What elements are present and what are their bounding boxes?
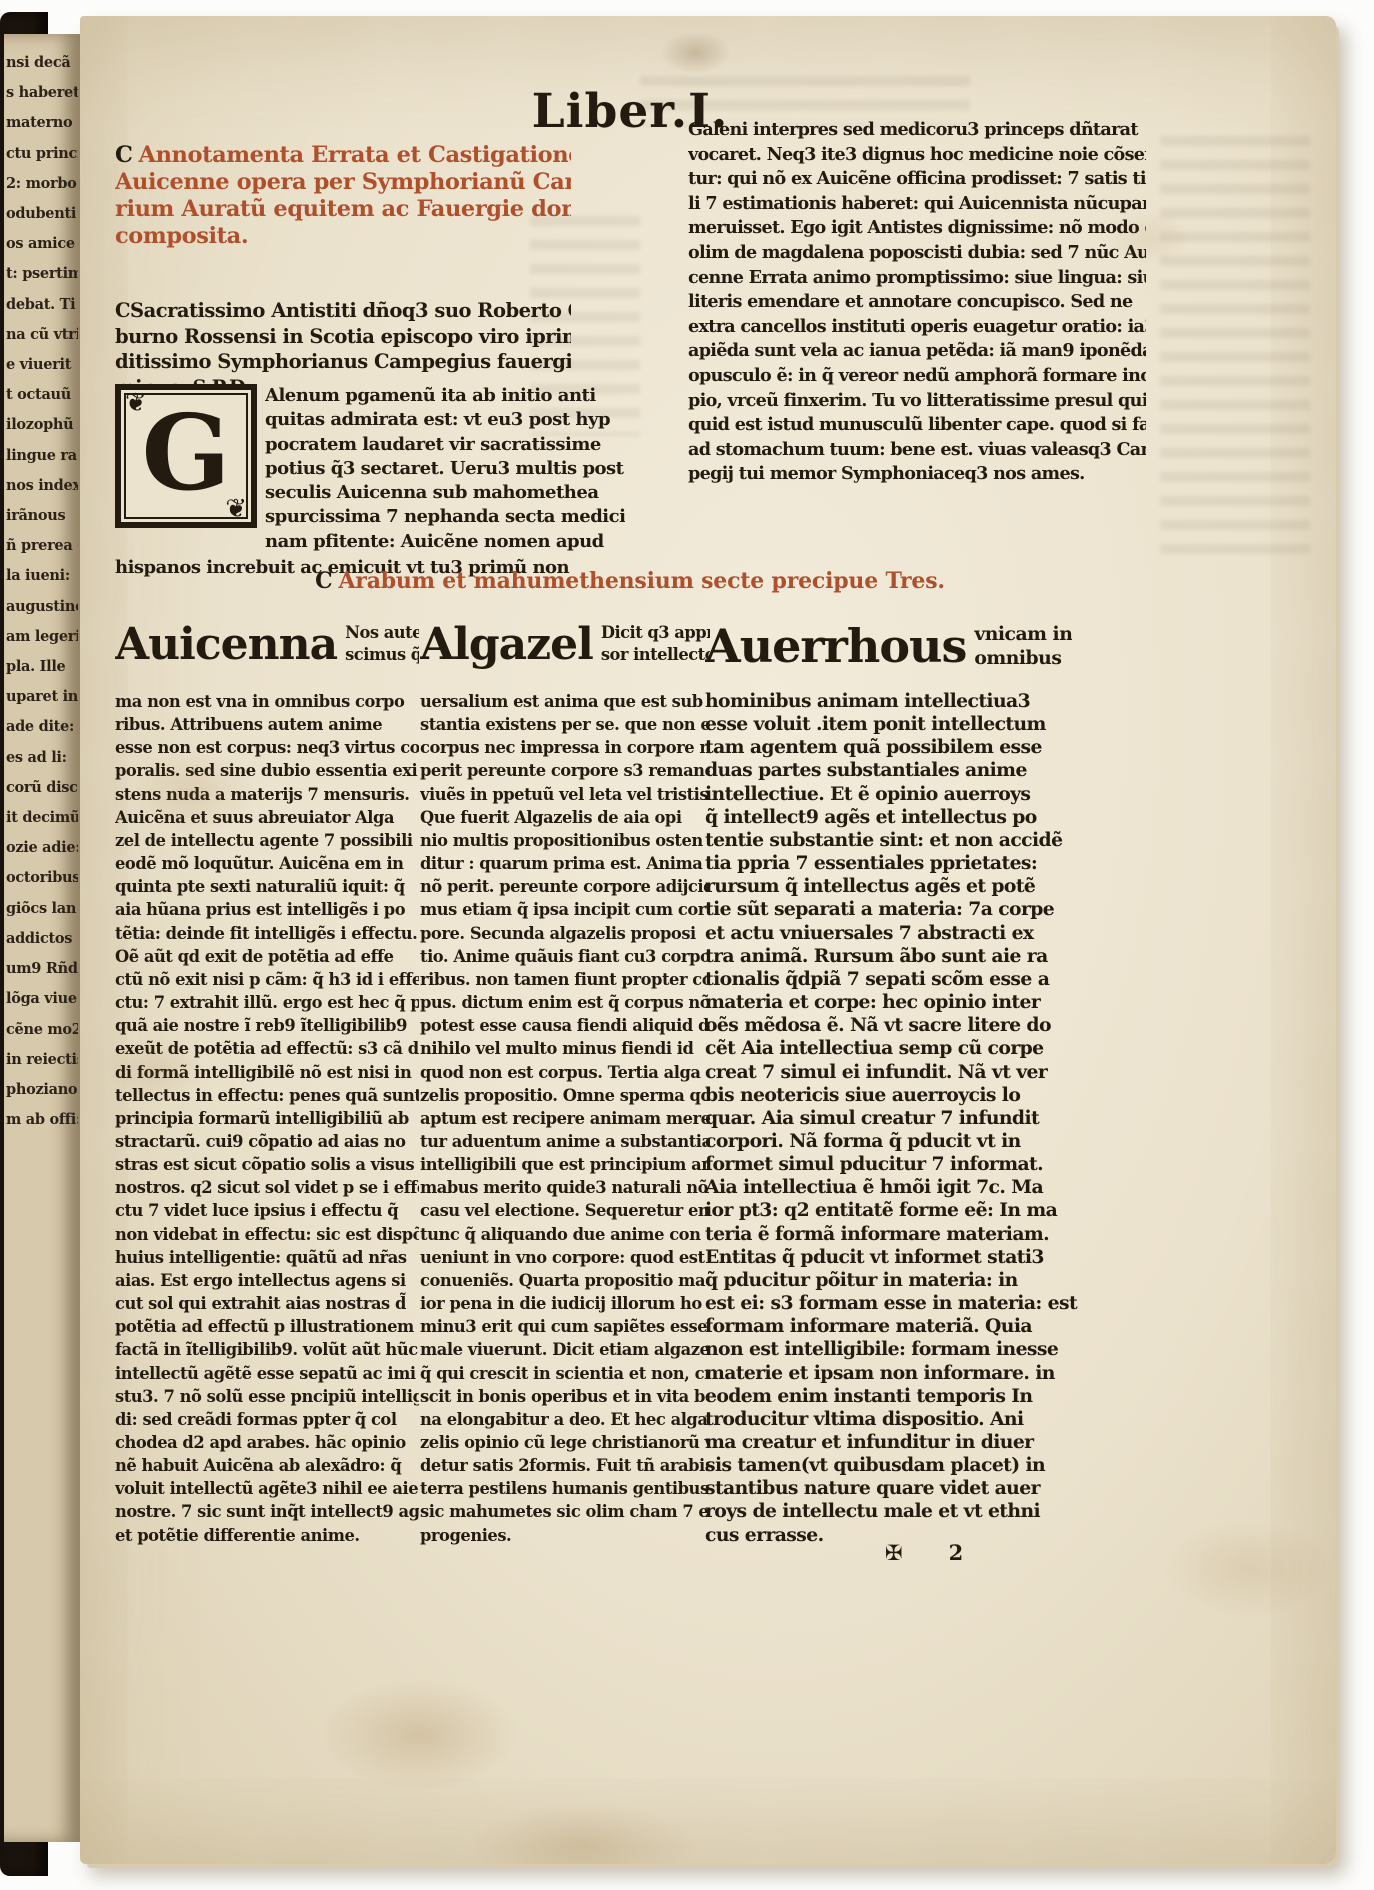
text-line: ad stomachum tuum: bene est. viuas valea…	[688, 438, 1146, 463]
text-line: ditissimo Symphorianus Campegius fauergi…	[115, 349, 571, 375]
galen-paragraph-row: G ❦ ❦ Alenum pgamenũ ita ab initio antiq…	[115, 384, 571, 554]
text-line: zelis propositio. Omne sperma qd	[420, 1084, 710, 1107]
column-avicenna-heading: Auicenna Nos autemscimus q̃ ani	[115, 618, 419, 684]
text-line: formet simul pducitur 7 informat.	[705, 1153, 1147, 1176]
text-line: Alenum pgamenũ ita ab initio anti	[265, 384, 625, 408]
text-line: q̃ intellect9 agẽs et intellectus po	[705, 806, 1147, 829]
text-line: tra animã. Rursum ãbo sunt aie ra	[705, 945, 1147, 968]
text-line: spurcissima 7 nephanda secta medici	[265, 505, 625, 529]
text-line: q̃ qui crescit in scientia et non, cre	[420, 1362, 710, 1385]
text-line: detur satis 2formis. Fuit tñ arabia	[420, 1454, 710, 1477]
text-line: corpori. Nã forma q̃ pducit vt in	[705, 1130, 1147, 1153]
column-heading-word: Auicenna	[115, 618, 337, 672]
rubric-heading-text: Annotamenta Errata et Castigationes in	[139, 142, 571, 168]
text-line: corũ disci	[6, 773, 78, 803]
text-line: lingue ra:	[6, 441, 78, 471]
text-line: tunc q̃ aliquando due anime con	[420, 1223, 710, 1246]
text-line: lõga viue	[6, 984, 78, 1014]
text-line: materie et ipsam non informare. in	[705, 1362, 1147, 1385]
text-line: seculis Auicenna sub mahomethea	[265, 481, 625, 505]
text-line: potẽtia ad effectũ p illustrationem	[115, 1315, 419, 1338]
text-line: quitas admirata est: vt eu3 post hyp	[265, 408, 625, 432]
text-line: CSacratissimo Antistiti dñoq3 suo Robert…	[115, 298, 571, 324]
text-line: quã aie nostre ĩ reb9 ĩtelligibilib9	[115, 1014, 419, 1037]
text-line: octoribus	[6, 863, 78, 893]
text-line: stu3. 7 nõ solũ esse pncipiũ intellige	[115, 1385, 419, 1408]
text-line: la iueni:	[6, 561, 78, 591]
text-line: teria ẽ formã informare materiam.	[705, 1223, 1147, 1246]
text-line: ribus. Attribuens autem anime	[115, 713, 419, 736]
text-line: tia ppria 7 essentiales pprietates:	[705, 852, 1147, 875]
book-page: Liber.I. CAnnotamenta Errata et Castigat…	[80, 16, 1336, 1864]
text-line: pio, vrceũ finxerim. Tu vo litteratissim…	[688, 389, 1146, 414]
text-line: zelis opinio cũ lege christianorũ vi	[420, 1431, 710, 1454]
text-line: aptum est recipere animam mere	[420, 1107, 710, 1130]
column-averroes-body: hominibus animam intellectiua3esse volui…	[705, 690, 1147, 1547]
text-line: male viuerunt. Dicit etiam algazel	[420, 1338, 710, 1361]
text-line: ior pena in die iudicij illorum ho	[420, 1292, 710, 1315]
text-line: ma creatur et infunditur in diuer	[705, 1431, 1147, 1454]
text-line: composita.	[115, 223, 571, 250]
text-line: huius intelligentie: quãtũ ad nr̃as	[115, 1246, 419, 1269]
text-line: tionalis q̃dpiã 7 sepati scõm esse a	[705, 968, 1147, 991]
text-line: am legerit	[6, 622, 78, 652]
text-line: irãnous	[6, 501, 78, 531]
column-heading-word: Algazel	[420, 618, 593, 672]
text-line: vocaret. Neq3 ite3 dignus hoc medicine n…	[688, 143, 1146, 168]
text-line: non est intelligibile: formam inesse	[705, 1338, 1147, 1361]
text-line: intelligibili que est principium ani	[420, 1153, 710, 1176]
initial-ornament-icon: ❦	[125, 388, 147, 418]
text-line: augustino	[6, 592, 78, 622]
text-line: hominibus animam intellectiua3	[705, 690, 1147, 713]
text-line: roys de intellectu male et vt ethni	[705, 1500, 1147, 1523]
text-line: nõ perit. pereunte corpore adijcie	[420, 875, 710, 898]
text-line: scit in bonis operibus et in vita bo	[420, 1385, 710, 1408]
text-line: nos index	[6, 471, 78, 501]
text-line: ctu 7 videt luce ipsius i effectu q̃	[115, 1199, 419, 1222]
section-heading-text: Arabum et mahumethensium secte precipue …	[338, 568, 944, 594]
text-line: pore. Secunda algazelis proposi	[420, 922, 710, 945]
signature-number: 2	[949, 1540, 964, 1565]
text-line: oẽs mẽdosa ẽ. Nã vt sacre litere do	[705, 1014, 1147, 1037]
text-line: Auicẽna et suus abreuiator Alga	[115, 806, 419, 829]
text-line: sor intellectorũ vni	[601, 644, 710, 666]
text-line: terra pestilens humanis gentibus:	[420, 1477, 710, 1500]
pilcrow-mark: C	[115, 142, 139, 168]
text-line: cẽne mo2:	[6, 1015, 78, 1045]
text-line: esse voluit .item ponit intellectum	[705, 713, 1147, 736]
column-algazel-body: uersalium est anima que est substantia e…	[420, 690, 710, 1547]
text-line: ade dite:	[6, 712, 78, 742]
text-line: zel de intellectu agente 7 possibili	[115, 829, 419, 852]
text-line: viuẽs in ppetuũ vel leta vel tristis.	[420, 783, 710, 806]
text-line: li 7 estimationis haberet: qui Auicennis…	[688, 192, 1146, 217]
text-line: factã in ĩtelligibilib9. volũt aũt hũc	[115, 1338, 419, 1361]
facing-page-text-fragments: nsi decãs haberetmaternoctu princi2: mor…	[6, 48, 78, 1135]
text-line: phoziano	[6, 1075, 78, 1105]
text-line: ueniunt in vno corpore: quod est in	[420, 1246, 710, 1269]
text-line: quid est istud munusculũ libenter cape. …	[688, 413, 1146, 438]
text-line: ctu: 7 extrahit illũ. ergo est hec q̃ p	[115, 991, 419, 1014]
text-line: esse non est corpus: neq3 virtus cor	[115, 736, 419, 759]
text-line: stens nuda a materijs 7 mensuris.	[115, 783, 419, 806]
text-line: um9 Rñdo	[6, 954, 78, 984]
text-line: troducitur vltima dispositio. Ani	[705, 1408, 1147, 1431]
text-line: sic mahumetes sic olim cham 7 ei9	[420, 1500, 710, 1523]
text-line: perit pereunte corpore s3 remanet	[420, 759, 710, 782]
text-line: cut sol qui extrahit aias nostras d̃	[115, 1292, 419, 1315]
text-line: m ab offi:	[6, 1105, 78, 1135]
text-line: os amice	[6, 229, 78, 259]
text-line: pla. Ille	[6, 652, 78, 682]
text-line: stras est sicut cõpatio solis a visus	[115, 1153, 419, 1176]
text-line: ior pt3: q2 entitatẽ forme eẽ: In ma	[705, 1199, 1147, 1222]
text-line: t octauũ	[6, 380, 78, 410]
text-line: addictos	[6, 924, 78, 954]
text-line: nostre. 7 sic sunt inq̃t intellect9 agẽs	[115, 1500, 419, 1523]
text-line: stantibus nature quare videt auer	[705, 1477, 1147, 1500]
column-avicenna-body: ma non est vna in omnibus corporibus. At…	[115, 690, 419, 1547]
text-line: Oẽ aũt qd exit de potẽtia ad effe	[115, 945, 419, 968]
text-line: est ei: s3 formam esse in materia: est	[705, 1292, 1147, 1315]
book-photo: nsi decãs haberetmaternoctu princi2: mor…	[0, 0, 1374, 1890]
galen-paragraph: G ❦ ❦ Alenum pgamenũ ita ab initio antiq…	[115, 384, 571, 580]
text-line: literis emendare et annotare concupisco.…	[688, 290, 1146, 315]
text-line: nsi decã	[6, 48, 78, 78]
text-line: pegij tui memor Symphoniaceq3 nos ames.	[688, 462, 1146, 487]
text-line: stractarũ. cui9 cõpatio ad aias no	[115, 1130, 419, 1153]
text-line: cenne Errata animo promptissimo: siue li…	[688, 266, 1146, 291]
text-line: pocratem laudaret vir sacratissime	[265, 433, 625, 457]
column-algazel-heading: Algazel Dicit q3 apprehensor intellector…	[420, 618, 710, 684]
text-line: principia formarũ intelligibiliũ ab	[115, 1107, 419, 1130]
pilcrow-mark: C	[315, 568, 338, 594]
text-line: nam pfitente: Auicẽne nomen apud	[265, 530, 625, 554]
rubric-heading: CAnnotamenta Errata et Castigationes in …	[115, 142, 571, 250]
text-line: scimus q̃ ani	[345, 644, 419, 666]
text-line: na cũ vtri	[6, 320, 78, 350]
column-averroes-heading: Auerrhous vnicam inomnibus	[705, 618, 1147, 684]
text-line: Aia intellectiua ẽ hmõi igit 7c. Ma	[705, 1176, 1147, 1199]
text-line: debat. Ti	[6, 290, 78, 320]
text-line: casu vel electione. Sequeretur em	[420, 1199, 710, 1222]
section-heading: CArabum et mahumethensium secte precipue…	[115, 568, 1145, 594]
text-line: sis tamen(vt quibusdam placet) in	[705, 1454, 1147, 1477]
text-line: Auicenne opera per Symphorianũ Campe-	[115, 169, 571, 196]
text-line: omnibus	[974, 646, 1072, 670]
text-line: aia hũana prius est intelligẽs i po	[115, 898, 419, 921]
text-line: mabus merito quide3 naturali nõ	[420, 1176, 710, 1199]
text-line: Dicit q3 apprehen	[601, 622, 710, 644]
text-line: tam agentem quã possibilem esse	[705, 736, 1147, 759]
text-line: vnicam in	[974, 622, 1072, 646]
woodcut-initial: G ❦ ❦	[115, 384, 257, 528]
text-line: rursum q̃ intellectus agẽs et potẽ	[705, 875, 1147, 898]
text-line: minu3 erit qui cum sapiẽtes essent	[420, 1315, 710, 1338]
text-line: 2: morbo	[6, 169, 78, 199]
text-line: uparet in	[6, 682, 78, 712]
text-line: et potẽtie differentie anime.	[115, 1524, 419, 1547]
text-line: corpus nec impressa in corpore nec	[420, 736, 710, 759]
column-heading-side-text: vnicam inomnibus	[974, 618, 1072, 670]
text-line: quod non est corpus. Tertia alga	[420, 1061, 710, 1084]
bleedthrough-ghost-right	[1160, 136, 1310, 556]
text-line: cẽt Aia intellectiua semp cũ corpe	[705, 1037, 1147, 1060]
text-line: Entitas q̃ pducit vt informet stati3	[705, 1246, 1147, 1269]
text-line: ozie adie:	[6, 833, 78, 863]
text-line: opusculo ẽ: in q̃ vereor nedũ amphorã fo…	[688, 364, 1146, 389]
text-line: ctũ nõ exit nisi p cãm: q̃ h3 id i effe	[115, 968, 419, 991]
text-line: giõcs lan	[6, 894, 78, 924]
text-line: quinta pte sexti naturaliũ iquit: q̃	[115, 875, 419, 898]
text-line: stantia existens per se. que non est	[420, 713, 710, 736]
text-line: duas partes substantiales anime	[705, 759, 1147, 782]
text-line: apiẽda sunt vela ac ianua petẽda: iã man…	[688, 339, 1146, 364]
text-line: tentie substantie sint: et non accidẽ	[705, 829, 1147, 852]
text-line: intellectũ agẽtẽ esse sepatũ ac imi	[115, 1362, 419, 1385]
text-line: s haberet	[6, 78, 78, 108]
text-line: formam informare materiã. Quia	[705, 1315, 1147, 1338]
text-line: di formã intelligibilẽ nõ est nisi in	[115, 1061, 419, 1084]
text-line: nihilo vel multo minus fiendi id	[420, 1037, 710, 1060]
text-line: bis neotericis siue auerroycis lo	[705, 1084, 1147, 1107]
initial-ornament-icon: ❦	[225, 494, 247, 524]
text-line: non videbat in effectu: sic est dispõ	[115, 1223, 419, 1246]
text-line: materno	[6, 108, 78, 138]
text-line: ctu princi	[6, 139, 78, 169]
text-line: odubenti	[6, 199, 78, 229]
rubric-heading-line: CAnnotamenta Errata et Castigationes in	[115, 142, 571, 169]
column-averroes: Auerrhous vnicam inomnibus hominibus ani…	[705, 618, 1147, 1547]
text-line: ñ prerea q̃	[6, 531, 78, 561]
printers-cross-icon: ✠	[885, 1541, 903, 1565]
text-line: Que fuerit Algazelis de aia opi	[420, 806, 710, 829]
text-line: uersalium est anima que est sub	[420, 690, 710, 713]
text-line: in reiectis	[6, 1045, 78, 1075]
text-line: Nos autem	[345, 622, 419, 644]
text-line: ma non est vna in omnibus corpo	[115, 690, 419, 713]
text-line: voluit intellectũ agẽte3 nihil ee aie	[115, 1477, 419, 1500]
text-line: nostros. q2 sicut sol videt p se i effe	[115, 1176, 419, 1199]
text-line: potius q̃3 sectaret. Ueru3 multis post	[265, 457, 625, 481]
text-line: burno Rossensi in Scotia episcopo viro i…	[115, 324, 571, 350]
text-line: materia et corpe: hec opinio inter	[705, 991, 1147, 1014]
text-line: potest esse causa fiendi aliquid de	[420, 1014, 710, 1037]
text-line: eodẽ mõ loquũtur. Auicẽna em in	[115, 852, 419, 875]
text-line: tellectus in effectu: penes quã sunt	[115, 1084, 419, 1107]
text-line: meruisset. Ego igit Antistes dignissime:…	[688, 216, 1146, 241]
text-line: mus etiam q̃ ipsa incipit cum cor	[420, 898, 710, 921]
text-line: chodea d2 apd arabes. hãc opinio	[115, 1431, 419, 1454]
text-line: Galeni interpres sed medicoru3 princeps …	[688, 118, 1146, 143]
text-line: e viuerit	[6, 350, 78, 380]
text-line: aias. Est ergo intellectus agens si	[115, 1269, 419, 1292]
text-line: it decimũ	[6, 803, 78, 833]
rubric-heading-rest: Auicenne opera per Symphorianũ Campe-riu…	[115, 169, 571, 250]
text-line: progenies.	[420, 1524, 710, 1547]
text-line: tie sũt separati a materia: 7a corpe	[705, 898, 1147, 921]
text-line: conueniẽs. Quarta propositio ma	[420, 1269, 710, 1292]
column-avicenna: Auicenna Nos autemscimus q̃ ani ma non e…	[115, 618, 419, 1547]
column-algazel: Algazel Dicit q3 apprehensor intellector…	[420, 618, 710, 1547]
text-line: ilozophũ	[6, 410, 78, 440]
text-line: es ad li:	[6, 743, 78, 773]
text-line: di: sed creãdi formas ppter q̃ col	[115, 1408, 419, 1431]
text-line: na elongabitur a deo. Et hec alga	[420, 1408, 710, 1431]
text-line: olim de magdalena poposcisti dubia: sed …	[688, 241, 1146, 266]
text-line: poralis. sed sine dubio essentia exi	[115, 759, 419, 782]
text-line: extra cancellos instituti operis euagetu…	[688, 315, 1146, 340]
text-line: ribus. non tamen fiunt propter cor	[420, 968, 710, 991]
text-line: ditur : quarum prima est. Anima	[420, 852, 710, 875]
text-line: eodem enim instanti temporis In	[705, 1385, 1147, 1408]
column-heading-word: Auerrhous	[705, 618, 966, 674]
text-line: tio. Anime quãuis fiant cu3 corpo	[420, 945, 710, 968]
text-line: tur aduentum anime a substantia	[420, 1130, 710, 1153]
text-line: et actu vniuersales 7 abstracti ex	[705, 922, 1147, 945]
epistle-column: Galeni interpres sed medicoru3 princeps …	[688, 118, 1146, 487]
text-line: nio multis propositionibus osten	[420, 829, 710, 852]
quire-signature: ✠2	[885, 1540, 963, 1565]
text-line: q̃ pducitur põitur in materia: in	[705, 1269, 1147, 1292]
galen-paragraph-lines: Alenum pgamenũ ita ab initio antiquitas …	[265, 384, 625, 554]
text-line: intellectiue. Et ẽ opinio auerroys	[705, 783, 1147, 806]
text-line: quar. Aia simul creatur 7 infundit	[705, 1107, 1147, 1130]
text-line: t: psertim	[6, 259, 78, 289]
text-line: nẽ habuit Auicẽna ab alexãdro: q̃	[115, 1454, 419, 1477]
facing-page-edge: nsi decãs haberetmaternoctu princi2: mor…	[4, 34, 80, 1842]
text-line: pus. dictum enim est q̃ corpus nõ	[420, 991, 710, 1014]
text-line: creat 7 simul ei infundit. Nã vt ver	[705, 1061, 1147, 1084]
text-line: exeũt de potẽtia ad effectũ: s3 cã dã	[115, 1037, 419, 1060]
text-line: rium Auratũ equitem ac Fauergie dominum	[115, 196, 571, 223]
text-line: tur: qui nõ ex Auicẽne officina prodisse…	[688, 167, 1146, 192]
column-heading-side-text: Dicit q3 apprehensor intellectorũ vni	[601, 618, 710, 666]
column-heading-side-text: Nos autemscimus q̃ ani	[345, 618, 419, 666]
text-line: tẽtia: deinde fit intelligẽs i effectu.	[115, 922, 419, 945]
